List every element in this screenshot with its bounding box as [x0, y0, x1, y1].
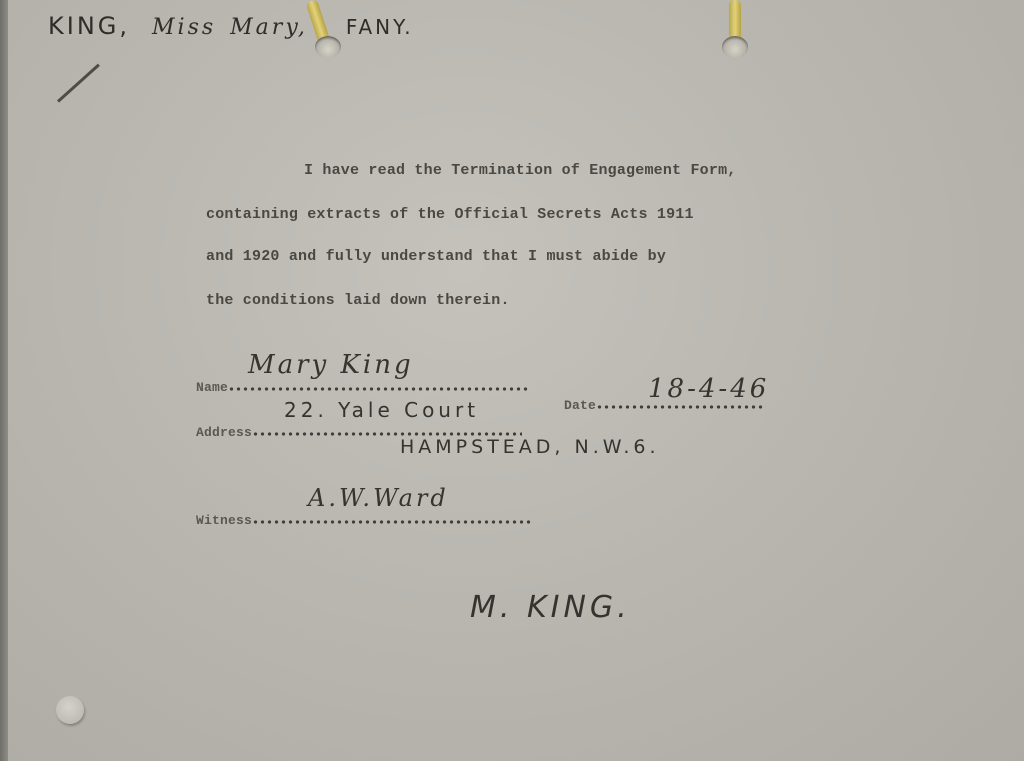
- address-line-2: HAMPSTEAD, N.W.6.: [400, 436, 660, 458]
- declaration-line-4: the conditions laid down therein.: [206, 292, 510, 309]
- address-line-1: 22. Yale Court: [284, 398, 479, 422]
- witness-signature: A.W.Ward: [308, 484, 449, 512]
- document-left-edge: [0, 0, 8, 761]
- declaration-line-1: I have read the Termination of Engagemen…: [304, 162, 736, 179]
- header-surname: KING,: [48, 12, 130, 40]
- punch-hole: [56, 696, 84, 724]
- declaration-line-3: and 1920 and fully understand that I mus…: [206, 248, 666, 265]
- binding-string-right: [729, 0, 741, 40]
- header-annotation: KING,MissMary,FANY.: [48, 12, 414, 40]
- address-label: Address: [196, 425, 252, 440]
- name-signature: Mary King: [248, 350, 414, 380]
- name-label: Name: [196, 380, 228, 395]
- date-value: 18-4-46: [648, 374, 769, 404]
- eyelet-right: [722, 36, 748, 58]
- pencil-mark: [57, 64, 100, 103]
- header-unit: FANY.: [346, 15, 414, 39]
- header-forename: Mary,: [230, 15, 308, 40]
- witness-dotted-line: [252, 520, 534, 524]
- name-field: Name: [196, 378, 528, 396]
- witness-field: Witness: [196, 511, 534, 529]
- eyelet-left: [315, 36, 341, 58]
- name-dotted-line: [228, 387, 528, 391]
- printed-signature: M. KING.: [470, 590, 631, 625]
- declaration-line-2: containing extracts of the Official Secr…: [206, 206, 694, 223]
- witness-label: Witness: [196, 513, 252, 528]
- date-label: Date: [564, 398, 596, 413]
- document-page: KING,MissMary,FANY. I have read the Term…: [8, 0, 1024, 761]
- header-title: Miss: [152, 15, 216, 40]
- date-dotted-line: [596, 405, 766, 409]
